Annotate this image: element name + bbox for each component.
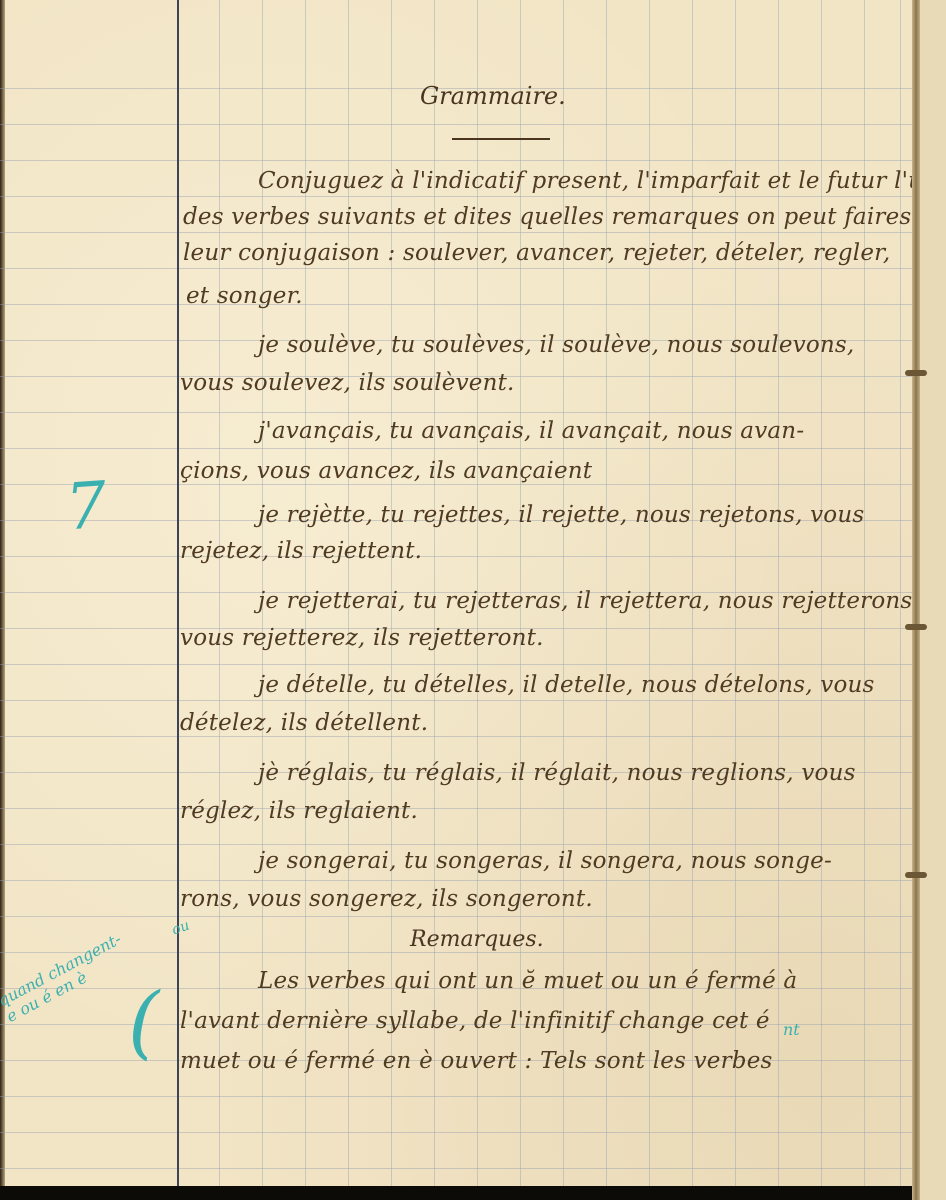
answer-line: jè réglais, tu réglais, il réglait, nous…	[258, 760, 856, 786]
adjacent-page-edge	[920, 0, 946, 1200]
instruction-line: des verbes suivants et dites quelles rem…	[183, 204, 918, 230]
rule-line	[0, 1132, 918, 1133]
rule-line	[0, 916, 918, 917]
binding-stitch	[905, 872, 927, 878]
remarks-line: l'avant dernière syllabe, de l'infinitif…	[180, 1008, 770, 1034]
rule-line	[0, 1096, 918, 1097]
page-title: Grammaire.	[420, 82, 566, 110]
answer-line: réglez, ils reglaient.	[180, 798, 418, 824]
binding-gutter	[912, 0, 920, 1200]
correction-word: ou	[170, 917, 192, 938]
title-underline	[452, 138, 550, 140]
rule-line	[0, 160, 918, 161]
instruction-line: leur conjugaison : soulever, avancer, re…	[183, 240, 890, 266]
answer-line: je rejetterai, tu rejetteras, il rejette…	[258, 588, 918, 614]
margin-correction-note: quand changent- e ou é en è	[0, 930, 133, 1026]
answer-line: j'avançais, tu avançais, il avançait, no…	[258, 418, 804, 444]
rule-line	[0, 556, 918, 557]
binding-stitch	[905, 624, 927, 630]
rule-line	[0, 1168, 918, 1169]
rule-line	[0, 880, 918, 881]
rule-line	[0, 196, 918, 197]
answer-line: çions, vous avancez, ils avançaient	[180, 458, 592, 484]
rule-line	[0, 268, 918, 269]
answer-line: dételez, ils détellent.	[180, 710, 428, 736]
remarks-heading: Remarques.	[410, 927, 544, 952]
answer-line: vous rejetterez, ils rejetteront.	[180, 625, 544, 651]
rule-line	[0, 700, 918, 701]
answer-line: je rejètte, tu rejettes, il rejette, nou…	[258, 502, 864, 528]
rule-line	[0, 412, 918, 413]
rule-line	[0, 952, 918, 953]
answer-line: je soulève, tu soulèves, il soulève, nou…	[258, 332, 854, 358]
rule-line	[0, 736, 918, 737]
remarks-line: muet ou é fermé en è ouvert : Tels sont …	[180, 1048, 773, 1074]
rule-line	[0, 232, 918, 233]
rule-line	[0, 664, 918, 665]
rule-line	[0, 124, 918, 125]
rule-line	[0, 844, 918, 845]
answer-line: je dételle, tu dételles, il detelle, nou…	[258, 672, 875, 698]
correction-bracket: (	[128, 975, 159, 1068]
answer-line: rejetez, ils rejettent.	[180, 538, 422, 564]
margin-line	[177, 0, 179, 1186]
remarks-line: Les verbes qui ont un ĕ muet ou un é fer…	[258, 968, 797, 994]
instruction-line: et songer.	[186, 283, 303, 309]
answer-line: je songerai, tu songeras, il songera, no…	[258, 848, 832, 874]
rule-line	[0, 484, 918, 485]
binding-stitch	[905, 370, 927, 376]
answer-line: rons, vous songerez, ils songeront.	[180, 886, 593, 912]
instruction-line: Conjuguez à l'indicatif present, l'impar…	[258, 168, 918, 194]
insert-mark: nt	[783, 1020, 800, 1039]
answer-line: vous soulevez, ils soulèvent.	[180, 370, 515, 396]
rule-line	[0, 304, 918, 305]
rule-line	[0, 808, 918, 809]
grade-mark: 7	[63, 469, 109, 546]
notebook-page: Grammaire. Conjuguez à l'indicatif prese…	[0, 0, 918, 1186]
rule-line	[0, 448, 918, 449]
